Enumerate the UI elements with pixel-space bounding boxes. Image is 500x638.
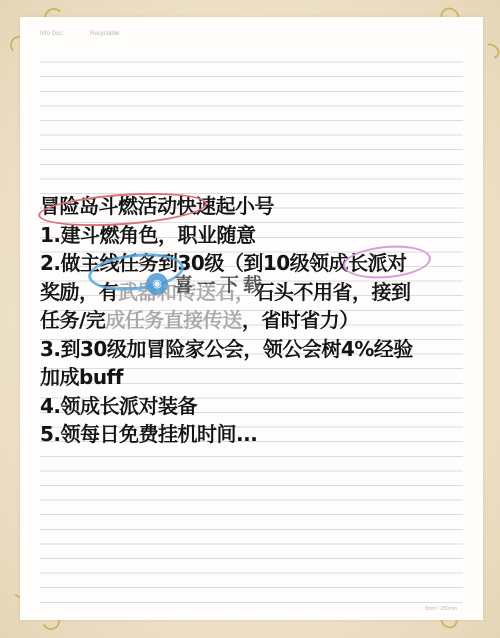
header-recyclable-label: Recyclable xyxy=(90,31,119,37)
footer-size-label: 8mm / 280mm xyxy=(425,606,457,612)
note-line: 任务/完成任务直接传送，省时省力） xyxy=(40,306,480,335)
header-doc-label: Info Doc. xyxy=(40,31,64,37)
note-text: ，省时省力） xyxy=(242,308,359,332)
note-content: 冒险岛斗燃活动快速起小号 1.建斗燃角色，职业随意 2.做主线任务到30级（到1… xyxy=(40,192,480,449)
note-line: 3.到30级加冒险家公会，领公会树4%经验 xyxy=(40,335,480,364)
note-line: 5.领每日免费挂机时间... xyxy=(40,420,480,449)
note-text: 任务/完 xyxy=(40,308,105,332)
note-text: 石头不用省，接到 xyxy=(255,280,411,304)
note-line: 加成buff xyxy=(40,363,480,392)
note-line: 4.领成长派对装备 xyxy=(40,392,480,421)
note-text-faded: 成任务直接传送 xyxy=(105,308,242,332)
watermark-logo-icon: ◉ xyxy=(146,273,168,295)
watermark-text: 喜一下载 xyxy=(174,270,266,297)
watermark: ◉ 喜一下载 xyxy=(146,270,266,297)
